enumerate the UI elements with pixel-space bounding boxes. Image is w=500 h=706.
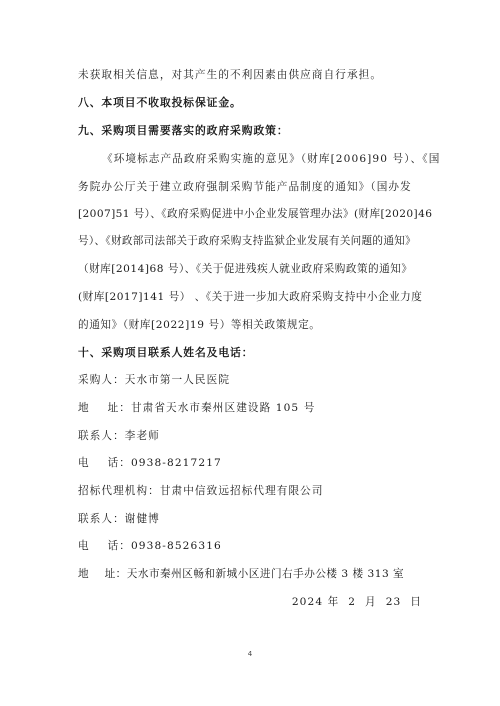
document-date: 2024 年 2 月 23 日 xyxy=(292,595,422,609)
page-number: 4 xyxy=(0,650,500,658)
document-page: 未获取相关信息，对其产生的不利因素由供应商自行承担。 八、本项目不收取投标保证金… xyxy=(0,0,500,706)
paragraph-line: 的通知》（财库[2022]19 号）等相关政策规定。 xyxy=(78,318,428,332)
purchaser-contact-line: 联系人：李老师 xyxy=(78,429,428,443)
paragraph-line: 未获取相关信息，对其产生的不利因素由供应商自行承担。 xyxy=(78,68,428,82)
agency-phone-line: 电 话：0938-8526316 xyxy=(78,539,428,553)
agency-line: 招标代理机构：甘肃中信致远招标代理有限公司 xyxy=(78,484,428,498)
paragraph-line: 号）、《财政部司法部关于政府采购支持监狱企业发展有关问题的通知》 xyxy=(78,234,428,248)
paragraph-line: [2007]51 号）、《政府采购促进中小企业发展管理办法》(财库[2020]4… xyxy=(78,207,428,221)
paragraph-line: 务院办公厅关于建立政府强制采购节能产品制度的通知》（国办发 xyxy=(78,180,428,194)
agency-address-line: 地 址：天水市秦州区畅和新城小区进门右手办公楼 3 楼 313 室 xyxy=(78,567,428,581)
section-heading-9: 九、采购项目需要落实的政府采购政策： xyxy=(78,124,428,138)
paragraph-line: （财库[2014]68 号）、《关于促进残疾人就业政府采购政策的通知》 xyxy=(78,262,428,276)
purchaser-address-line: 地 址：甘肃省天水市秦州区建设路 105 号 xyxy=(78,401,428,415)
purchaser-line: 采购人：天水市第一人民医院 xyxy=(78,373,428,387)
paragraph-line: 《环境标志产品政府采购实施的意见》（财库[2006]90 号）、《国 xyxy=(102,152,452,166)
section-heading-8: 八、本项目不收取投标保证金。 xyxy=(78,96,428,110)
purchaser-phone-line: 电 话：0938-8217217 xyxy=(78,456,428,470)
agency-contact-line: 联系人：谢健博 xyxy=(78,512,428,526)
paragraph-line: (财库[2017]141 号） 、《关于进一步加大政府采购支持中小企业力度 xyxy=(78,290,428,304)
section-heading-10: 十、采购项目联系人姓名及电话： xyxy=(78,346,428,360)
